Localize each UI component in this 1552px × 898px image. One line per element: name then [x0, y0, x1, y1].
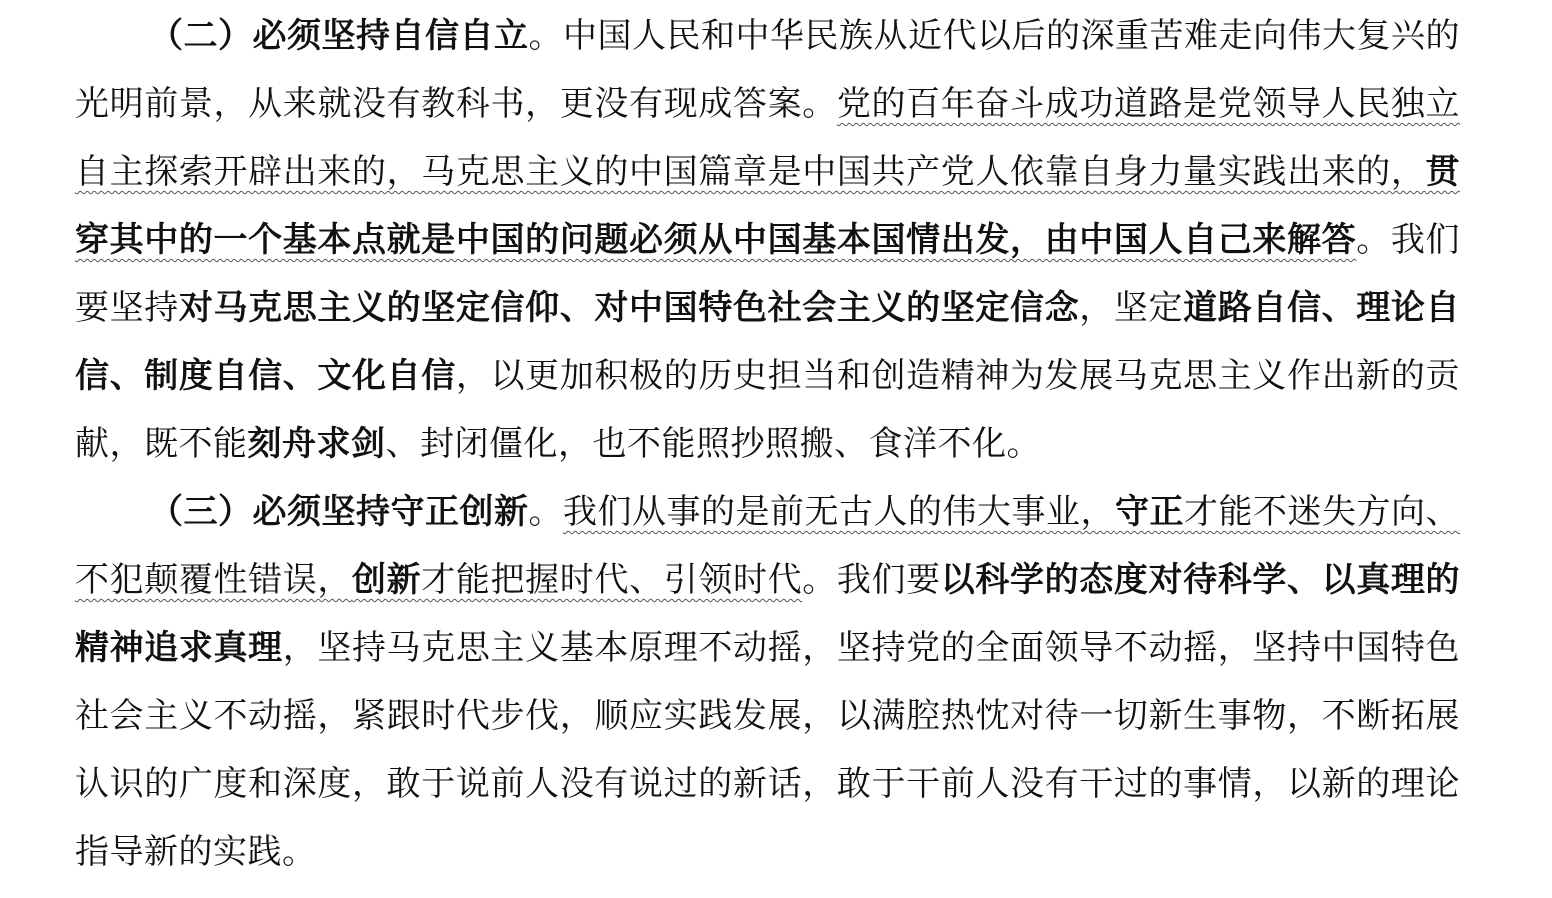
bold-text: 刻舟求剑: [248, 424, 386, 464]
bold-underlined-text: 守正: [1115, 492, 1184, 532]
section-heading: （二）必须坚持自信自立: [149, 16, 529, 56]
underlined-text: 我们从事的是前无古人的伟大事业，: [563, 492, 1115, 532]
section-heading: （三）必须坚持守正创新: [149, 492, 529, 532]
body-text: ，坚持马克思主义基本原理不动摇，坚持党的全面领导不动摇，坚持中国特色社会主义不动…: [75, 628, 1460, 872]
body-text: ，坚定: [1079, 288, 1183, 328]
paragraph-section-3: （三）必须坚持守正创新。我们从事的是前无古人的伟大事业，守正才能不迷失方向、不犯…: [75, 478, 1460, 886]
body-text: 、封闭僵化，也不能照抄照搬、食洋不化。: [386, 424, 1042, 464]
body-text: 。: [529, 492, 564, 532]
bold-text: 对马克思主义的坚定信仰、对中国特色社会主义的坚定信念: [179, 288, 1079, 328]
document-page: （二）必须坚持自信自立。中国人民和中华民族从近代以后的深重苦难走向伟大复兴的光明…: [75, 0, 1460, 886]
paragraph-section-2: （二）必须坚持自信自立。中国人民和中华民族从近代以后的深重苦难走向伟大复兴的光明…: [75, 2, 1460, 478]
underlined-text: 才能把握时代、引领时代: [421, 560, 802, 600]
bold-underlined-text: 创新: [352, 560, 421, 600]
body-text: 。我们要: [802, 560, 941, 600]
